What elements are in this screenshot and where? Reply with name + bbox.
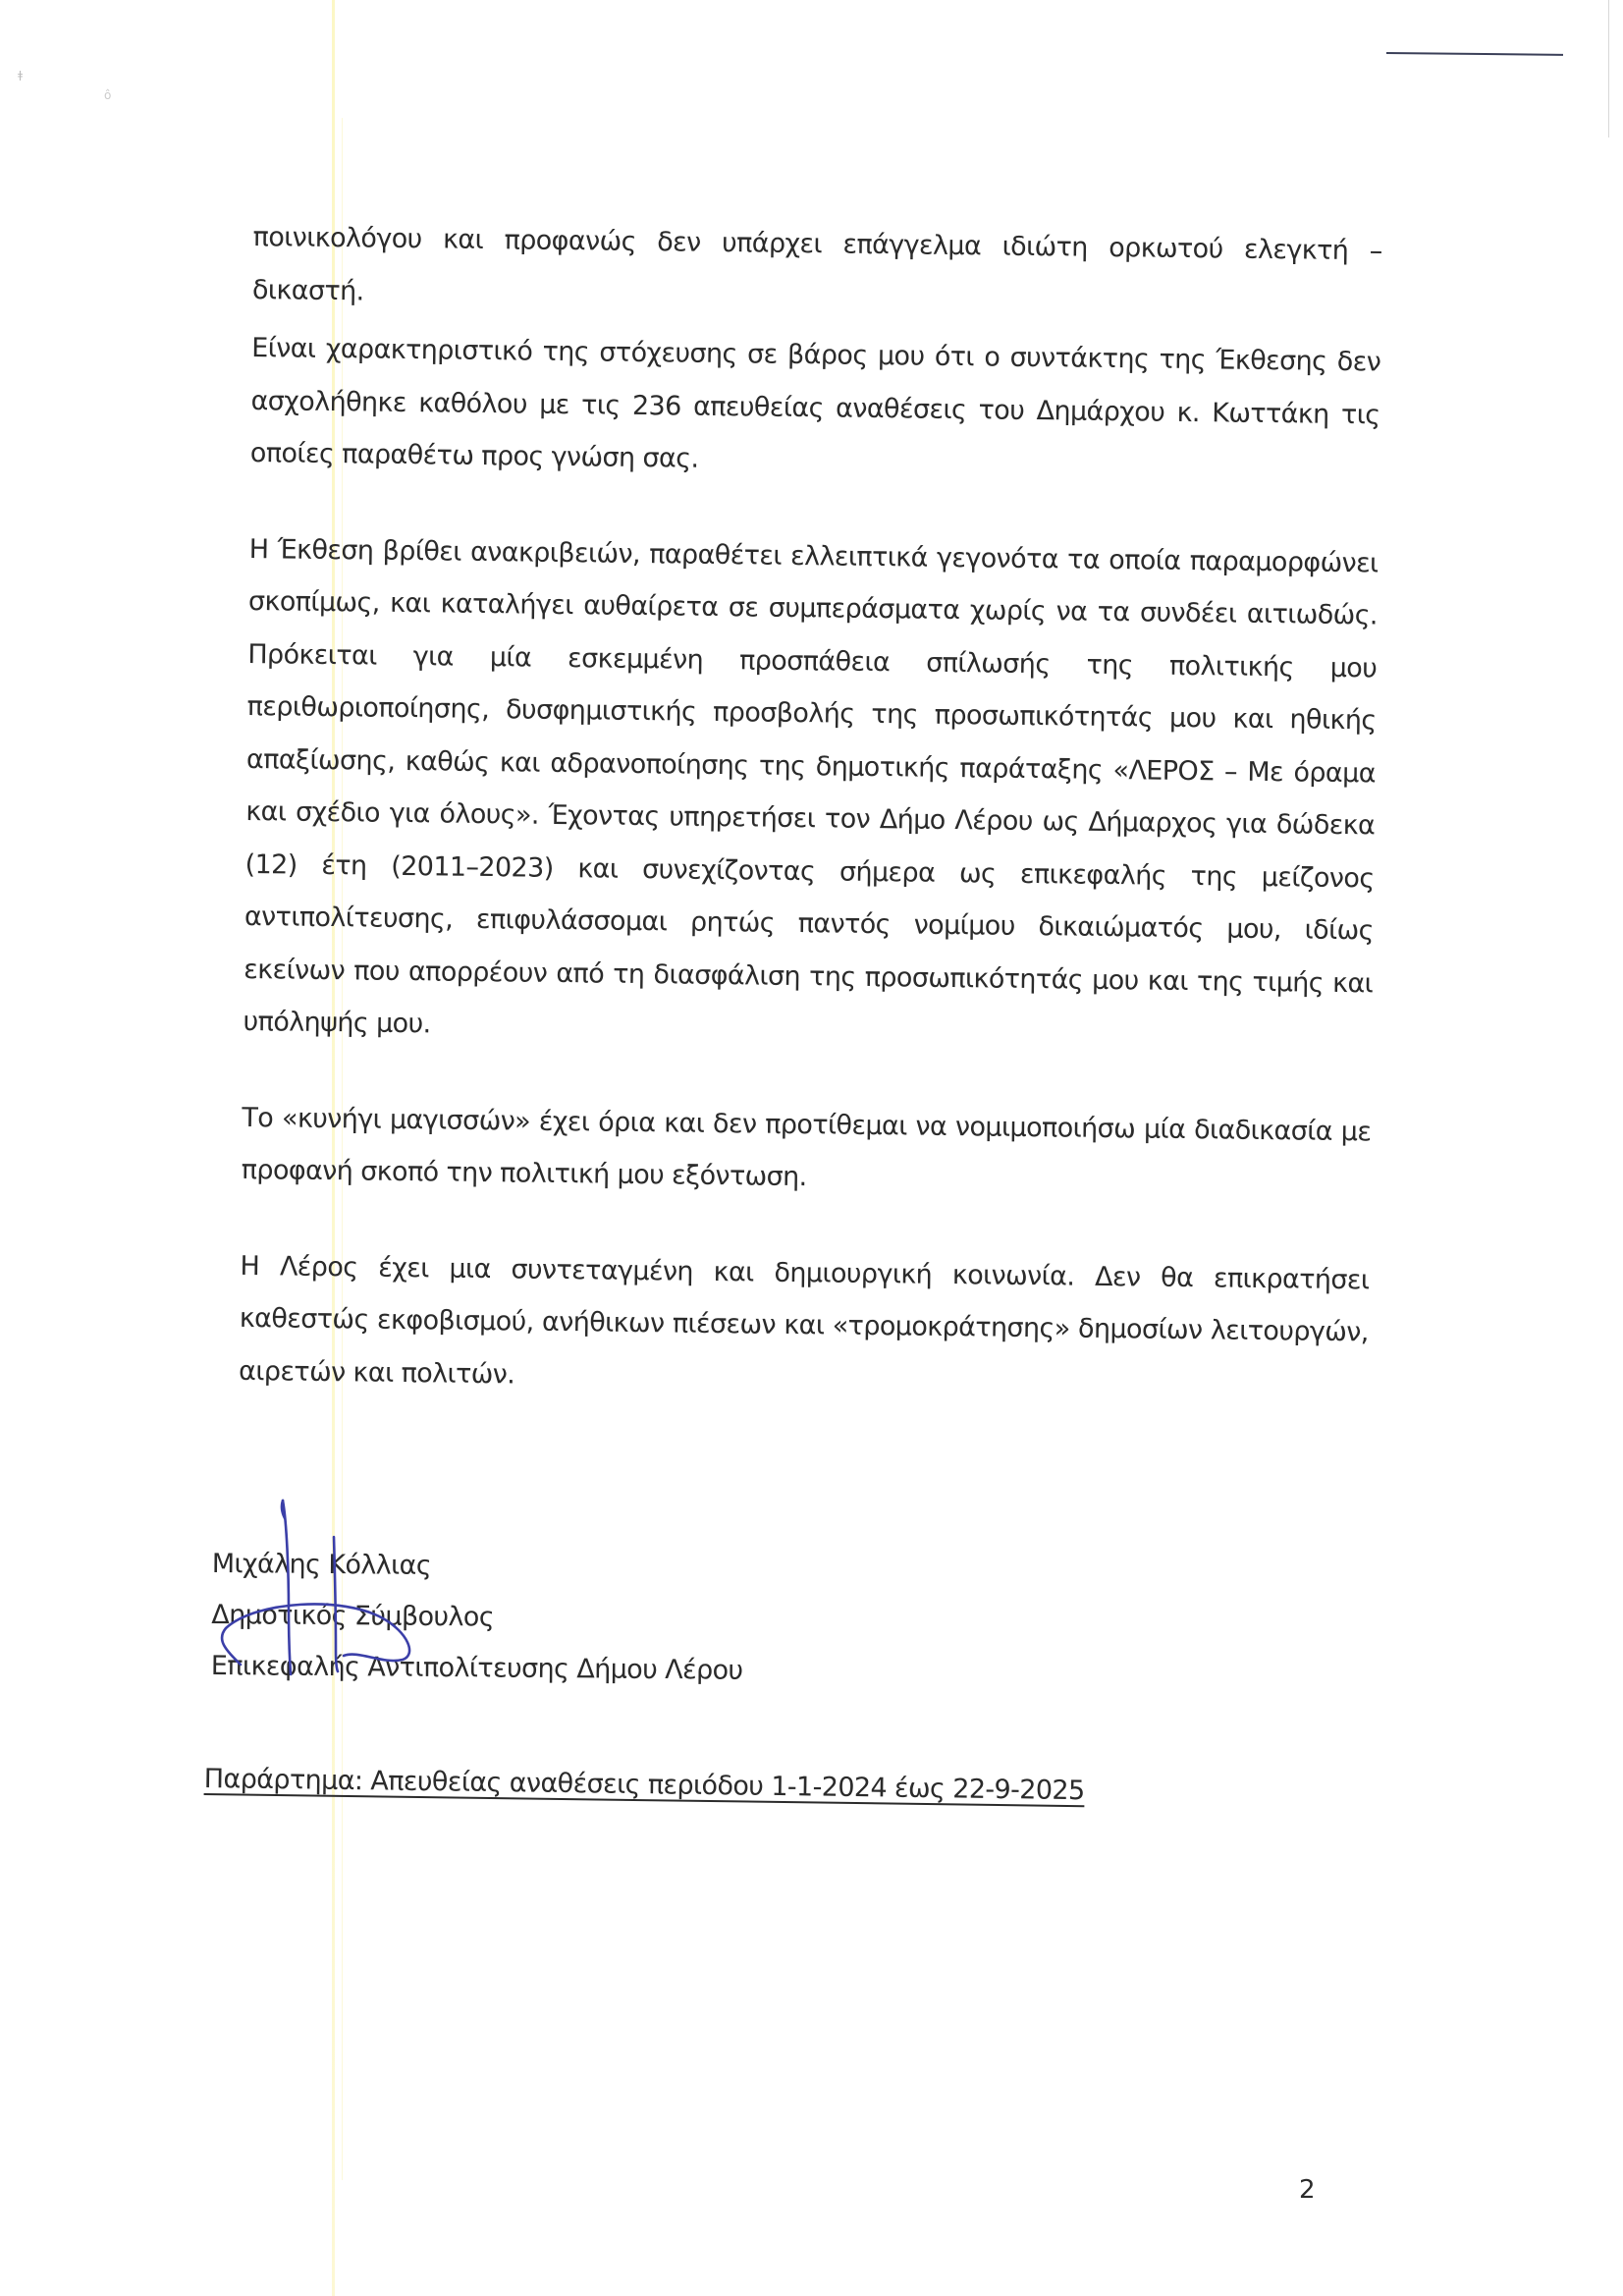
signatory-name: Μιχάλης Κόλλιας xyxy=(212,1539,899,1596)
header-rule xyxy=(1386,52,1563,56)
signatory-title: Επικεφαλής Αντιπολίτευσης Δήμου Λέρου xyxy=(211,1641,898,1698)
signature-block: Μιχάλης Κόλλιας Δημοτικός Σύμβουλος Επικ… xyxy=(211,1539,899,1698)
paragraph-targeting: Είναι χαρακτηριστικό της στόχευσης σε βά… xyxy=(250,322,1381,494)
scan-speck: ô xyxy=(104,88,111,102)
paragraph-report-criticism: Η Έκθεση βρίθει ανακριβειών, παραθέτει ε… xyxy=(243,522,1379,1062)
signatory-role: Δημοτικός Σύμβουλος xyxy=(211,1590,898,1647)
paragraph-leros-society: Η Λέρος έχει μια συντεταγμένη και δημιου… xyxy=(239,1239,1370,1411)
scan-speck: ǂ xyxy=(18,69,23,82)
paragraph-continuation: ποινικολόγου και προφανώς δεν υπάρχει επ… xyxy=(252,211,1382,330)
paragraph-witch-hunt: Το «κυνήγι μαγισσών» έχει όρια και δεν π… xyxy=(241,1091,1371,1210)
page-number: 2 xyxy=(1299,2175,1316,2205)
annex-heading: Παράρτημα: Απευθείας αναθέσεις περιόδου … xyxy=(204,1764,1085,1806)
document-page: ǂ ô ποινικολόγου και προφανώς δεν υπάρχε… xyxy=(0,0,1623,2296)
page-edge xyxy=(1608,0,1609,137)
letter-body: ποινικολόγου και προφανώς δεν υπάρχει επ… xyxy=(239,211,1382,1411)
